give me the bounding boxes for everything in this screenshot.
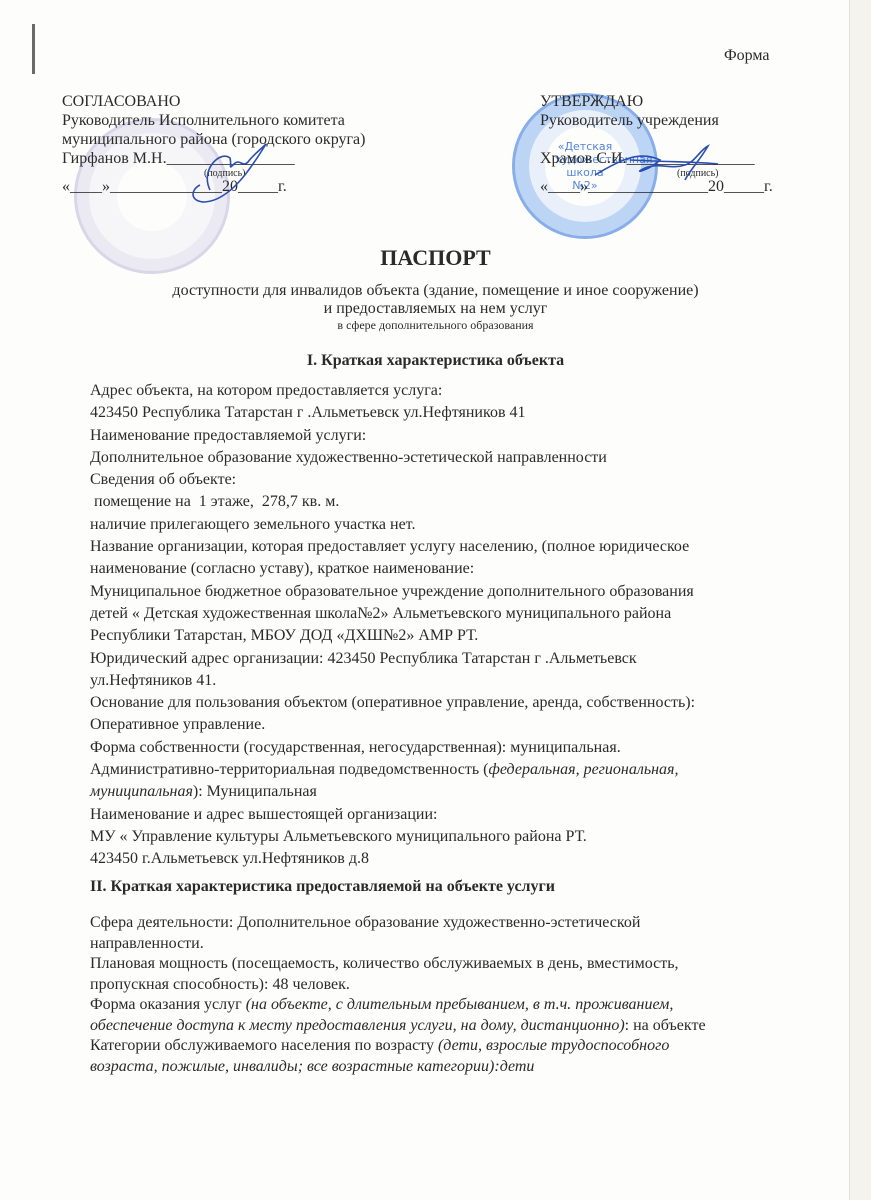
capacity-line-2: пропускная способность): 48 человек.: [90, 975, 706, 996]
signature-right: [590, 140, 720, 190]
subordination-line-1: Административно-территориальная подведом…: [90, 759, 695, 781]
text-line: наименование (согласно уставу), краткое …: [90, 558, 695, 580]
text-line: ул.Нефтяников 41.: [90, 670, 695, 692]
parent-org-label: Наименование и адрес вышестоящей организ…: [90, 804, 695, 826]
parent-org-address: 423450 г.Альметьевск ул.Нефтяников д.8: [90, 848, 695, 870]
scan-page-edge: [849, 0, 871, 1200]
capacity-line-1: Плановая мощность (посещаемость, количес…: [90, 954, 706, 975]
text-line: детей « Детская художественная школа№2» …: [90, 603, 695, 625]
agreed-line1: Руководитель Исполнительного комитета: [62, 111, 365, 130]
approved-line1: Руководитель учреждения: [540, 111, 773, 130]
text-line: Дополнительное образование художественно…: [90, 447, 695, 469]
text-line: 423450 Республика Татарстан г .Альметьев…: [90, 402, 695, 424]
age-line-1: Категории обслуживаемого населения по во…: [90, 1036, 706, 1057]
parent-org-name: МУ « Управление культуры Альметьевского …: [90, 826, 695, 848]
document-subtitle-1: доступности для инвалидов объекта (здани…: [0, 282, 871, 300]
text-line: Муниципальное бюджетное образовательное …: [90, 581, 695, 603]
text-line: Сведения об объекте:: [90, 469, 695, 491]
section-2-body: Сфера деятельности: Дополнительное образ…: [90, 913, 706, 1077]
document-title: ПАСПОРТ: [0, 245, 871, 271]
agreed-name: Гирфанов М.Н.: [62, 150, 167, 167]
age-line-2: возраста, пожилые, инвалиды; все возраст…: [90, 1057, 706, 1078]
service-form-line-2: обеспечение доступа к месту предоставлен…: [90, 1016, 706, 1037]
form-label: Форма: [724, 47, 770, 65]
activity-line-2: направленности.: [90, 934, 706, 955]
text-line: Основание для пользования объектом (опер…: [90, 692, 695, 714]
text-line: Форма собственности (государственная, не…: [90, 737, 695, 759]
text-line: Республики Татарстан, МБОУ ДОД «ДХШ№2» А…: [90, 625, 695, 647]
document-subtitle-2: и предоставляемых на нем услуг: [0, 300, 871, 318]
document-subtitle-3: в сфере дополнительного образования: [0, 318, 871, 333]
section-2-heading: II. Краткая характеристика предоставляем…: [90, 878, 555, 896]
text-line: Название организации, которая предоставл…: [90, 536, 695, 558]
text-line: Адрес объекта, на котором предоставляетс…: [90, 380, 695, 402]
section-1-body: Адрес объекта, на котором предоставляетс…: [90, 380, 695, 871]
binder-mark: [32, 24, 35, 74]
text-line: помещение на 1 этаже, 278,7 кв. м.: [90, 491, 695, 513]
signature-left: [170, 140, 280, 210]
agreed-heading: СОГЛАСОВАНО: [62, 92, 365, 111]
text-line: Юридический адрес организации: 423450 Ре…: [90, 648, 695, 670]
activity-line-1: Сфера деятельности: Дополнительное образ…: [90, 913, 706, 934]
text-line: Наименование предоставляемой услуги:: [90, 425, 695, 447]
text-line: наличие прилегающего земельного участка …: [90, 514, 695, 536]
service-form-line-1: Форма оказания услуг (на объекте, с длит…: [90, 995, 706, 1016]
subordination-line-2: муниципальная): Муниципальная: [90, 781, 695, 803]
text-line: Оперативное управление.: [90, 714, 695, 736]
approved-heading: УТВЕРЖДАЮ: [540, 92, 773, 111]
section-1-heading: I. Краткая характеристика объекта: [0, 352, 871, 370]
